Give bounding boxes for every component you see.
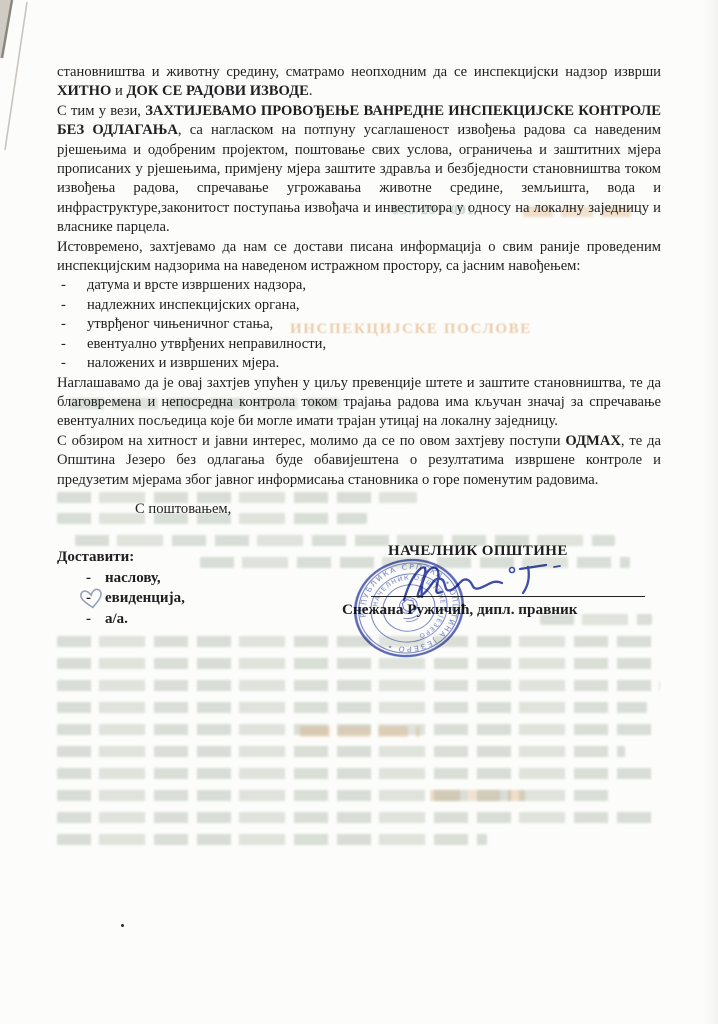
list-item: -утврђеног чињеничног стања,: [57, 315, 661, 334]
letter-body: становништва и животну средину, сматрамо…: [57, 63, 661, 519]
dash-icon: -: [57, 335, 87, 354]
scan-fold-artifact: [0, 0, 44, 210]
closing-salutation: С поштовањем,: [57, 500, 661, 519]
deliver-item: -а/а.: [57, 609, 185, 630]
dash-icon: -: [57, 354, 87, 373]
ghost-text-line: [57, 658, 655, 669]
scan-speck: [121, 924, 124, 927]
ghost-text-line: [57, 768, 658, 779]
list-item: -евентуално утврђених неправилности,: [57, 335, 661, 354]
paragraph: С обзиром на хитност и јавни интерес, мо…: [57, 432, 661, 490]
dash-icon: -: [57, 315, 87, 334]
ghost-text-line: [57, 834, 487, 845]
dash-icon: -: [57, 296, 87, 315]
list-item: -наложених и извршених мјера.: [57, 354, 661, 373]
list-item: -датума и врсте извршених надзора,: [57, 276, 661, 295]
ghost-text-line: [57, 746, 625, 757]
paragraph: становништва и животну средину, сматрамо…: [57, 63, 661, 102]
dash-icon: -: [86, 609, 105, 630]
deliver-item: -наслову,: [57, 568, 185, 589]
list-item: -надлежних инспекцијских органа,: [57, 296, 661, 315]
scan-edge-shadow: [704, 0, 718, 1024]
paragraph: Истовремено, захтјевамо да нам се достав…: [57, 238, 661, 277]
paragraph: Наглашавамо да је овај захтјев упућен у …: [57, 374, 661, 432]
paragraph: С тим у вези, ЗАХТИЈЕВАМО ПРОВОЂЕЊЕ ВАНР…: [57, 102, 661, 238]
ghost-text-line: [57, 812, 658, 823]
dash-list: -датума и врсте извршених надзора,-надле…: [57, 276, 661, 373]
deliver-block: Доставити: -наслову,-евиденција,-а/а.: [57, 547, 185, 629]
ghost-text-line: [57, 702, 647, 713]
dash-icon: -: [86, 588, 105, 609]
scanned-letter-page: 050/291-001 ИНСПЕКЦИЈСКЕ ПОСЛОВЕ становн…: [0, 0, 718, 1024]
ghost-text-line: [57, 680, 660, 691]
handwritten-signature: [392, 556, 632, 611]
deliver-item: -евиденција,: [57, 588, 185, 609]
deliver-title: Доставити:: [57, 547, 185, 568]
ghost-text-line: [57, 790, 612, 801]
dash-icon: -: [57, 276, 87, 295]
ghost-text-line: [300, 726, 420, 737]
